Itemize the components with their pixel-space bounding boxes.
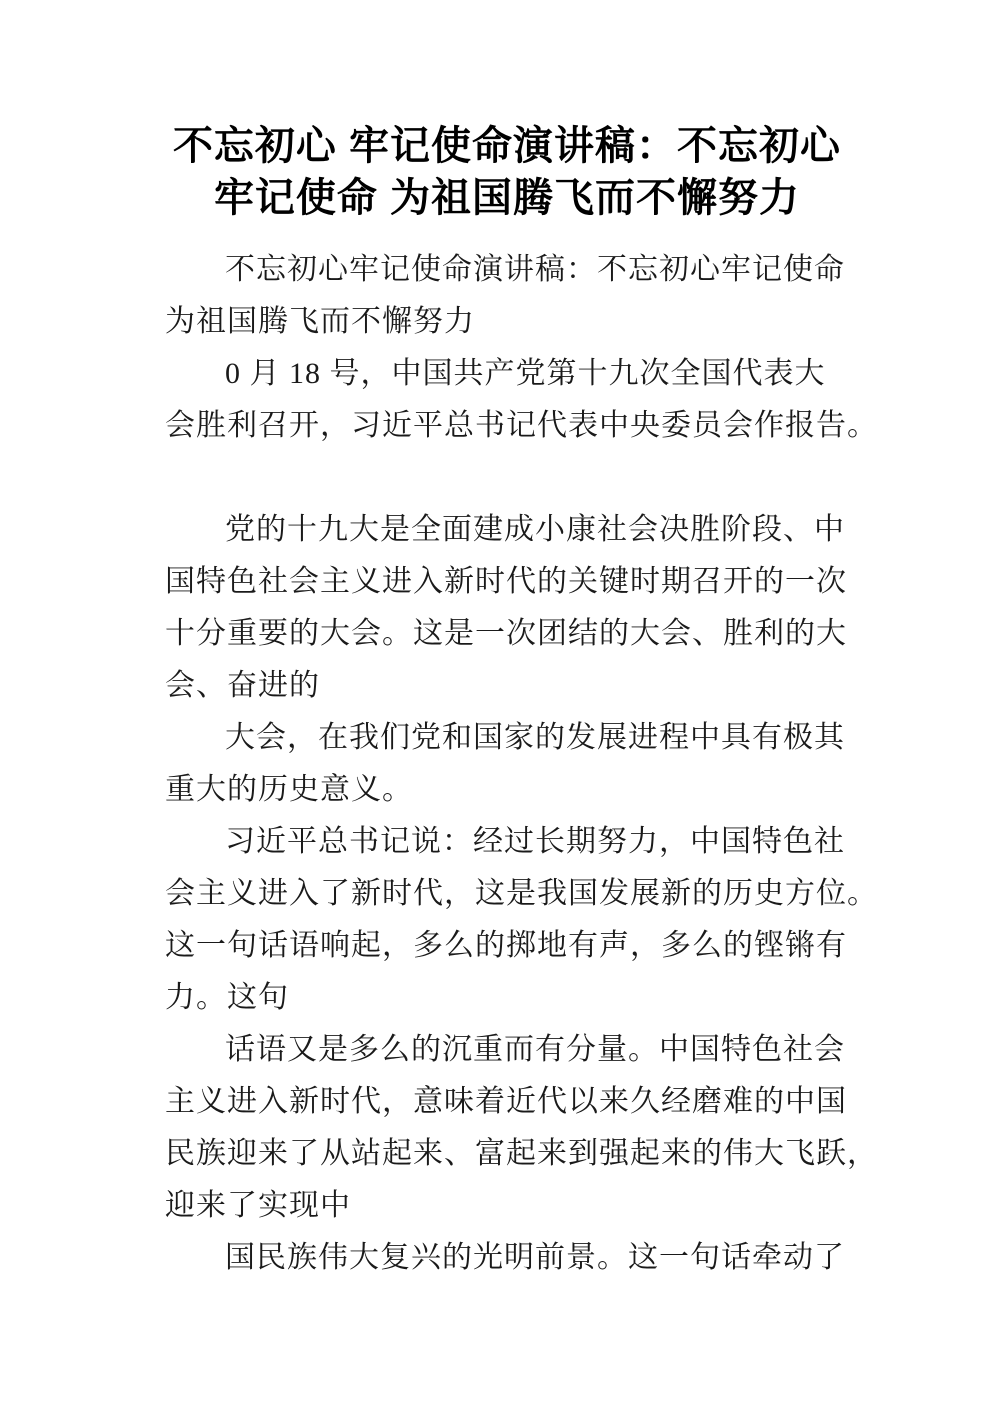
paragraph: 大会，在我们党和国家的发展进程中具有极其重大的历史意义。: [165, 712, 849, 816]
document-content: 不忘初心 牢记使命演讲稿：不忘初心 牢记使命 为祖国腾飞而不懈努力 不忘初心牢记…: [165, 120, 849, 1284]
paragraph: 习近平总书记说：经过长期努力，中国特色社会主义进入了新时代，这是我国发展新的历史…: [165, 816, 849, 1024]
text-line: 重大的历史意义。: [165, 764, 849, 816]
text-line: 十分重要的大会。这是一次团结的大会、胜利的大: [165, 608, 849, 660]
text-line: 国特色社会主义进入新时代的关键时期召开的一次: [165, 556, 849, 608]
paragraph: 党的十九大是全面建成小康社会决胜阶段、中国特色社会主义进入新时代的关键时期召开的…: [165, 504, 849, 712]
text-line: 迎来了实现中: [165, 1180, 849, 1232]
paragraph: [165, 452, 849, 504]
text-line: 力。这句: [165, 972, 849, 1024]
text-line: 国民族伟大复兴的光明前景。这一句话牵动了: [165, 1232, 849, 1284]
title-line-1: 不忘初心 牢记使命演讲稿：不忘初心: [165, 120, 849, 172]
text-line: 会胜利召开，习近平总书记代表中央委员会作报告。: [165, 400, 849, 452]
text-line: 民族迎来了从站起来、富起来到强起来的伟大飞跃，: [165, 1128, 849, 1180]
text-line: 主义进入新时代，意味着近代以来久经磨难的中国: [165, 1076, 849, 1128]
text-line: 这一句话语响起，多么的掷地有声，多么的铿锵有: [165, 920, 849, 972]
paragraph: 0 月 18 号，中国共产党第十九次全国代表大会胜利召开，习近平总书记代表中央委…: [165, 348, 849, 452]
title-line-2: 牢记使命 为祖国腾飞而不懈努力: [165, 172, 849, 224]
text-line: 会、奋进的: [165, 660, 849, 712]
text-line: 习近平总书记说：经过长期努力，中国特色社: [165, 816, 849, 868]
text-line: 不忘初心牢记使命演讲稿：不忘初心牢记使命: [165, 244, 849, 296]
paragraph: 不忘初心牢记使命演讲稿：不忘初心牢记使命为祖国腾飞而不懈努力: [165, 244, 849, 348]
blank-line: [165, 452, 849, 504]
text-line: 党的十九大是全面建成小康社会决胜阶段、中: [165, 504, 849, 556]
text-line: 为祖国腾飞而不懈努力: [165, 296, 849, 348]
text-line: 话语又是多么的沉重而有分量。中国特色社会: [165, 1024, 849, 1076]
document-body: 不忘初心牢记使命演讲稿：不忘初心牢记使命为祖国腾飞而不懈努力0 月 18 号，中…: [165, 244, 849, 1284]
text-line: 0 月 18 号，中国共产党第十九次全国代表大: [165, 348, 849, 400]
paragraph: 话语又是多么的沉重而有分量。中国特色社会主义进入新时代，意味着近代以来久经磨难的…: [165, 1024, 849, 1232]
document-title: 不忘初心 牢记使命演讲稿：不忘初心 牢记使命 为祖国腾飞而不懈努力: [165, 120, 849, 224]
text-line: 会主义进入了新时代，这是我国发展新的历史方位。: [165, 868, 849, 920]
text-line: 大会，在我们党和国家的发展进程中具有极其: [165, 712, 849, 764]
paragraph: 国民族伟大复兴的光明前景。这一句话牵动了: [165, 1232, 849, 1284]
document-page: 不忘初心 牢记使命演讲稿：不忘初心 牢记使命 为祖国腾飞而不懈努力 不忘初心牢记…: [0, 0, 993, 1404]
